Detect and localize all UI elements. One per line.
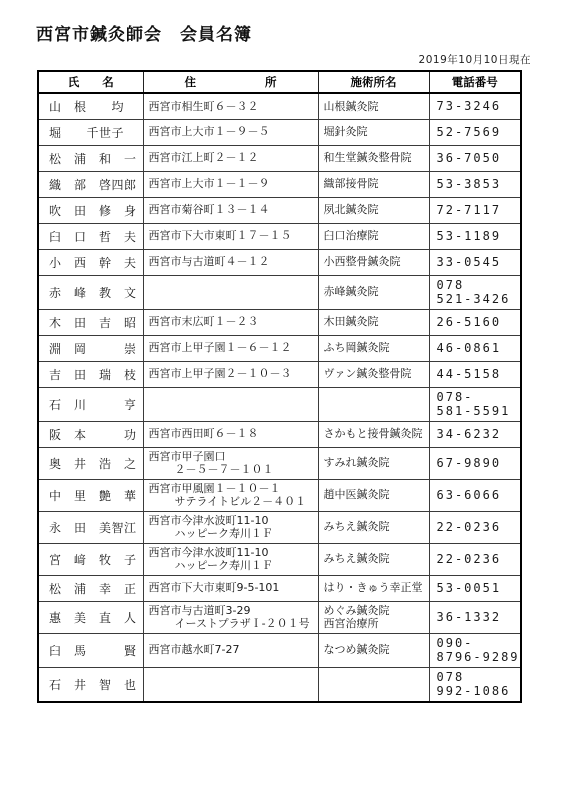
table-header-row: 氏 名 住 所 施術所名 電話番号 bbox=[38, 71, 521, 93]
phone-cell: 22-0236 bbox=[429, 543, 521, 575]
table-row: 堀 千世子西宮市上大市１－９－５堀針灸院52-7569 bbox=[38, 119, 521, 145]
address-cell: 西宮市上大市１－９－５ bbox=[143, 119, 318, 145]
table-row: 松 浦 和 一西宮市江上町２－１２和生堂鍼灸整骨院36-7050 bbox=[38, 145, 521, 171]
clinic-cell: みちえ鍼灸院 bbox=[318, 543, 429, 575]
table-row: 石 川 亨078-581-5591 bbox=[38, 387, 521, 421]
name-cell: 宮 﨑 牧 子 bbox=[38, 543, 143, 575]
name-cell: 山 根 均 bbox=[38, 93, 143, 119]
table-row: 山 根 均西宮市相生町６－３２山根鍼灸院73-3246 bbox=[38, 93, 521, 119]
table-row: 赤 峰 教 文赤峰鍼灸院078521-3426 bbox=[38, 275, 521, 309]
header-name: 氏 名 bbox=[38, 71, 143, 93]
address-cell: 西宮市今津水波町11-10ハッピーク寿川１Ｆ bbox=[143, 543, 318, 575]
phone-cell: 090-8796-9289 bbox=[429, 633, 521, 667]
name-cell: 吉 田 瑞 枝 bbox=[38, 361, 143, 387]
table-row: 淵 岡 崇西宮市上甲子園１－６－１２ふち岡鍼灸院46-0861 bbox=[38, 335, 521, 361]
address-cell bbox=[143, 275, 318, 309]
clinic-cell: 木田鍼灸院 bbox=[318, 309, 429, 335]
phone-cell: 46-0861 bbox=[429, 335, 521, 361]
member-table: 氏 名 住 所 施術所名 電話番号 山 根 均西宮市相生町６－３２山根鍼灸院73… bbox=[37, 70, 522, 703]
table-row: 小 西 幹 夫西宮市与古道町４－１２小西整骨鍼灸院33-0545 bbox=[38, 249, 521, 275]
phone-cell: 078521-3426 bbox=[429, 275, 521, 309]
table-row: 惠 美 直 人西宮市与古道町3-29イーストプラザＩ-２０１号めぐみ鍼灸院西宮治… bbox=[38, 601, 521, 633]
phone-cell: 72-7117 bbox=[429, 197, 521, 223]
phone-cell: 078992-1086 bbox=[429, 667, 521, 702]
clinic-cell bbox=[318, 667, 429, 702]
name-cell: 永 田 美智江 bbox=[38, 511, 143, 543]
name-cell: 惠 美 直 人 bbox=[38, 601, 143, 633]
clinic-cell: めぐみ鍼灸院西宮治療所 bbox=[318, 601, 429, 633]
address-cell: 西宮市上甲子園２－１０－３ bbox=[143, 361, 318, 387]
table-row: 中 里 艶 華西宮市甲風園１－１０－１サテライトビル２－４０１趙中医鍼灸院63-… bbox=[38, 479, 521, 511]
clinic-cell: 赤峰鍼灸院 bbox=[318, 275, 429, 309]
address-cell bbox=[143, 667, 318, 702]
clinic-cell: はり・きゅう幸正堂 bbox=[318, 575, 429, 601]
clinic-cell: ふち岡鍼灸院 bbox=[318, 335, 429, 361]
name-cell: 石 井 智 也 bbox=[38, 667, 143, 702]
table-row: 宮 﨑 牧 子西宮市今津水波町11-10ハッピーク寿川１Ｆみちえ鍼灸院22-02… bbox=[38, 543, 521, 575]
clinic-cell: ヴァン鍼灸整骨院 bbox=[318, 361, 429, 387]
address-cell: 西宮市越水町7-27 bbox=[143, 633, 318, 667]
address-cell: 西宮市末広町１－２３ bbox=[143, 309, 318, 335]
phone-cell: 36-7050 bbox=[429, 145, 521, 171]
address-cell: 西宮市菊谷町１３－１４ bbox=[143, 197, 318, 223]
table-row: 木 田 吉 昭西宮市末広町１－２３木田鍼灸院26-5160 bbox=[38, 309, 521, 335]
table-row: 吉 田 瑞 枝西宮市上甲子園２－１０－３ヴァン鍼灸整骨院44-5158 bbox=[38, 361, 521, 387]
phone-cell: 53-1189 bbox=[429, 223, 521, 249]
table-row: 吹 田 修 身西宮市菊谷町１３－１４夙北鍼灸院72-7117 bbox=[38, 197, 521, 223]
table-row: 石 井 智 也078992-1086 bbox=[38, 667, 521, 702]
address-cell: 西宮市甲子園口２－５－７－１０１ bbox=[143, 447, 318, 479]
header-clinic: 施術所名 bbox=[318, 71, 429, 93]
name-cell: 松 浦 和 一 bbox=[38, 145, 143, 171]
name-cell: 臼 口 哲 夫 bbox=[38, 223, 143, 249]
address-cell: 西宮市上大市１－１－９ bbox=[143, 171, 318, 197]
clinic-cell: 夙北鍼灸院 bbox=[318, 197, 429, 223]
clinic-cell: 山根鍼灸院 bbox=[318, 93, 429, 119]
date-note: 2019年10月10日現在 bbox=[419, 52, 531, 67]
name-cell: 淵 岡 崇 bbox=[38, 335, 143, 361]
phone-cell: 53-0051 bbox=[429, 575, 521, 601]
clinic-cell: 小西整骨鍼灸院 bbox=[318, 249, 429, 275]
clinic-cell: 堀針灸院 bbox=[318, 119, 429, 145]
phone-cell: 44-5158 bbox=[429, 361, 521, 387]
phone-cell: 078-581-5591 bbox=[429, 387, 521, 421]
document-page: 西宮市鍼灸師会 会員名簿 2019年10月10日現在 氏 名 住 所 施術所名 … bbox=[0, 0, 563, 796]
address-cell: 西宮市下大市東町9-5-101 bbox=[143, 575, 318, 601]
address-cell: 西宮市相生町６－３２ bbox=[143, 93, 318, 119]
clinic-cell: 和生堂鍼灸整骨院 bbox=[318, 145, 429, 171]
name-cell: 吹 田 修 身 bbox=[38, 197, 143, 223]
table-row: 奥 井 浩 之西宮市甲子園口２－５－７－１０１すみれ鍼灸院67-9890 bbox=[38, 447, 521, 479]
name-cell: 木 田 吉 昭 bbox=[38, 309, 143, 335]
table-row: 永 田 美智江西宮市今津水波町11-10ハッピーク寿川１Ｆみちえ鍼灸院22-02… bbox=[38, 511, 521, 543]
clinic-cell: 織部接骨院 bbox=[318, 171, 429, 197]
phone-cell: 33-0545 bbox=[429, 249, 521, 275]
phone-cell: 53-3853 bbox=[429, 171, 521, 197]
header-address: 住 所 bbox=[143, 71, 318, 93]
address-cell: 西宮市甲風園１－１０－１サテライトビル２－４０１ bbox=[143, 479, 318, 511]
clinic-cell: 臼口治療院 bbox=[318, 223, 429, 249]
phone-cell: 36-1332 bbox=[429, 601, 521, 633]
phone-cell: 22-0236 bbox=[429, 511, 521, 543]
name-cell: 中 里 艶 華 bbox=[38, 479, 143, 511]
table-row: 臼 馬 賢西宮市越水町7-27なつめ鍼灸院090-8796-9289 bbox=[38, 633, 521, 667]
clinic-cell bbox=[318, 387, 429, 421]
address-cell: 西宮市与古道町3-29イーストプラザＩ-２０１号 bbox=[143, 601, 318, 633]
header-phone: 電話番号 bbox=[429, 71, 521, 93]
address-cell: 西宮市西田町６－１８ bbox=[143, 421, 318, 447]
address-cell: 西宮市江上町２－１２ bbox=[143, 145, 318, 171]
page-title: 西宮市鍼灸師会 会員名簿 bbox=[36, 20, 252, 45]
phone-cell: 52-7569 bbox=[429, 119, 521, 145]
table-row: 阪 本 功西宮市西田町６－１８さかもと接骨鍼灸院34-6232 bbox=[38, 421, 521, 447]
address-cell: 西宮市今津水波町11-10ハッピーク寿川１Ｆ bbox=[143, 511, 318, 543]
name-cell: 堀 千世子 bbox=[38, 119, 143, 145]
phone-cell: 26-5160 bbox=[429, 309, 521, 335]
address-cell: 西宮市上甲子園１－６－１２ bbox=[143, 335, 318, 361]
clinic-cell: みちえ鍼灸院 bbox=[318, 511, 429, 543]
name-cell: 織 部 啓四郎 bbox=[38, 171, 143, 197]
table-row: 松 浦 幸 正西宮市下大市東町9-5-101はり・きゅう幸正堂53-0051 bbox=[38, 575, 521, 601]
table-row: 臼 口 哲 夫西宮市下大市東町１７－１５臼口治療院53-1189 bbox=[38, 223, 521, 249]
address-cell: 西宮市与古道町４－１２ bbox=[143, 249, 318, 275]
clinic-cell: なつめ鍼灸院 bbox=[318, 633, 429, 667]
name-cell: 赤 峰 教 文 bbox=[38, 275, 143, 309]
phone-cell: 34-6232 bbox=[429, 421, 521, 447]
name-cell: 松 浦 幸 正 bbox=[38, 575, 143, 601]
name-cell: 小 西 幹 夫 bbox=[38, 249, 143, 275]
address-cell bbox=[143, 387, 318, 421]
clinic-cell: さかもと接骨鍼灸院 bbox=[318, 421, 429, 447]
name-cell: 臼 馬 賢 bbox=[38, 633, 143, 667]
table-row: 織 部 啓四郎西宮市上大市１－１－９織部接骨院53-3853 bbox=[38, 171, 521, 197]
phone-cell: 67-9890 bbox=[429, 447, 521, 479]
phone-cell: 63-6066 bbox=[429, 479, 521, 511]
name-cell: 奥 井 浩 之 bbox=[38, 447, 143, 479]
clinic-cell: すみれ鍼灸院 bbox=[318, 447, 429, 479]
name-cell: 阪 本 功 bbox=[38, 421, 143, 447]
name-cell: 石 川 亨 bbox=[38, 387, 143, 421]
address-cell: 西宮市下大市東町１７－１５ bbox=[143, 223, 318, 249]
phone-cell: 73-3246 bbox=[429, 93, 521, 119]
clinic-cell: 趙中医鍼灸院 bbox=[318, 479, 429, 511]
